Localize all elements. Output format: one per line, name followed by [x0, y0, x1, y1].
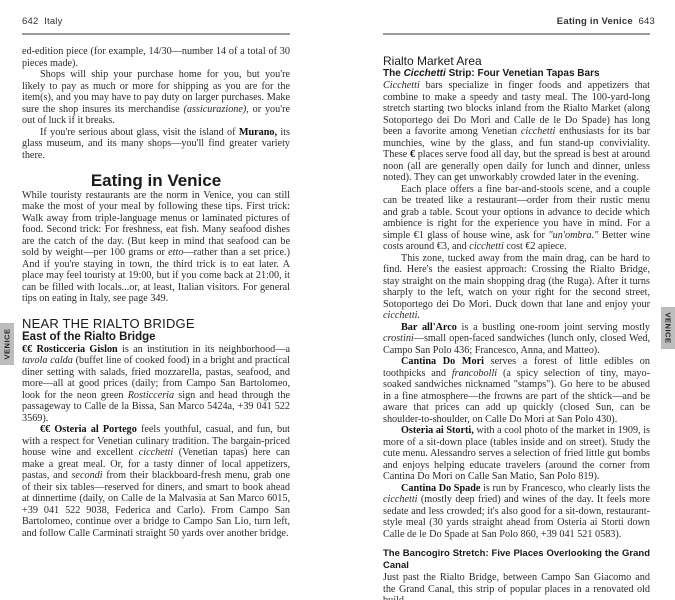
paragraph: ed-edition piece (for example, 14/30—num…	[22, 46, 290, 69]
bar-name: Bar all'Arco	[401, 322, 457, 333]
right-page: Eating in Venice 643 Rialto Market Area …	[338, 0, 675, 600]
listing-entry: Cantina Do Spade is run by Francesco, wh…	[383, 483, 650, 541]
header-rule	[22, 33, 290, 35]
subsection-heading: East of the Rialto Bridge	[22, 331, 290, 344]
running-head-left: 642 Italy	[22, 16, 63, 27]
left-body-text: ed-edition piece (for example, 14/30—num…	[22, 46, 290, 539]
bar-name: Cantina Do Mori	[401, 356, 484, 367]
thumb-tab-venice: VENICE	[0, 323, 14, 365]
paragraph: Just past the Rialto Bridge, between Cam…	[383, 572, 650, 600]
listing-entry: Osteria ai Storti, with a cool photo of …	[383, 425, 650, 483]
restaurant-name: €€ Rosticceria Gislon	[22, 344, 118, 355]
section-heading: NEAR THE RIALTO BRIDGE	[22, 317, 290, 331]
left-page: 642 Italy ed-edition piece (for example,…	[0, 0, 338, 600]
area-heading: Rialto Market Area	[383, 54, 650, 68]
thumb-tab-venice: VENICE	[661, 307, 675, 349]
bar-name: Osteria ai Storti,	[401, 425, 474, 436]
header-rule	[383, 33, 650, 35]
paragraph: Each place offers a fine bar-and-stools …	[383, 184, 650, 253]
running-title: Italy	[44, 16, 62, 27]
bar-name: Cantina Do Spade	[401, 483, 480, 494]
page-number: 643	[639, 16, 655, 27]
listing-entry: €€ Rosticceria Gislon is an institution …	[22, 344, 290, 425]
running-head-right: Eating in Venice 643	[557, 16, 655, 27]
page-number: 642	[22, 16, 38, 27]
paragraph: Cicchetti bars specialize in finger food…	[383, 80, 650, 184]
subsection-heading: The Cicchetti Strip: Four Venetian Tapas…	[383, 68, 650, 80]
subsection-heading: The Bancogiro Stretch: Five Places Overl…	[383, 548, 650, 572]
place-name: Murano,	[239, 127, 277, 138]
chapter-heading: Eating in Venice	[22, 175, 290, 187]
listing-entry: Cantina Do Mori serves a forest of littl…	[383, 356, 650, 425]
paragraph: If you're serious about glass, visit the…	[22, 127, 290, 162]
listing-entry: €€ Osteria al Portego feels youthful, ca…	[22, 424, 290, 539]
running-title: Eating in Venice	[557, 16, 633, 27]
paragraph: This zone, tucked away from the main dra…	[383, 253, 650, 322]
listing-entry: Bar all'Arco is a bustling one-room join…	[383, 322, 650, 357]
paragraph: Shops will ship your purchase home for y…	[22, 69, 290, 127]
paragraph: While touristy restaurants are the norm …	[22, 190, 290, 305]
right-body-text: Rialto Market Area The Cicchetti Strip: …	[383, 54, 650, 600]
restaurant-name: €€ Osteria al Portego	[40, 424, 137, 435]
